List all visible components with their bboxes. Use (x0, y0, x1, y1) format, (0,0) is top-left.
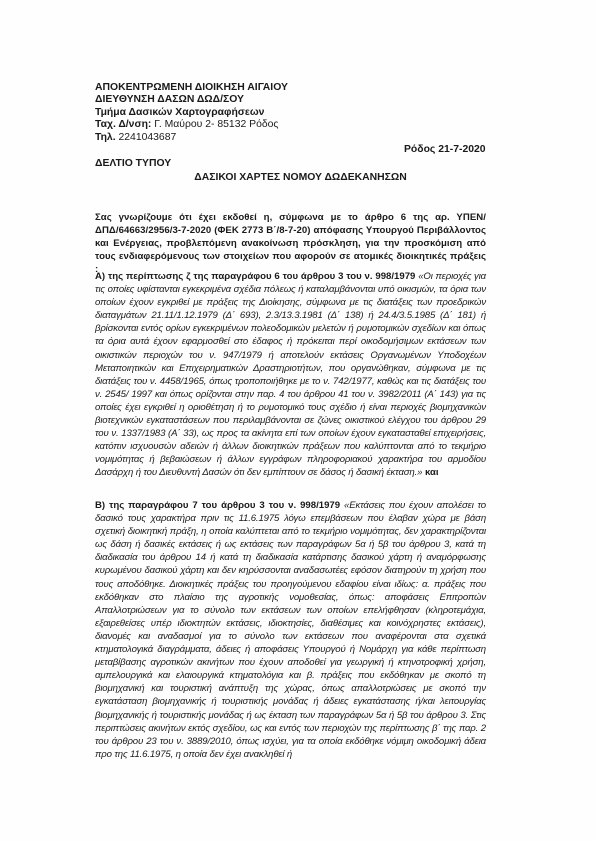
phone-value: 2241043687 (116, 132, 177, 143)
press-release-label: ΔΕΛΤΙΟ ΤΥΠΟΥ (95, 158, 171, 169)
letterhead: ΑΠΟΚΕΝΤΡΩΜΕΝΗ ΔΙΟΙΚΗΣΗ ΑΙΓΑΙΟΥ ΔΙΕΥΘΥΝΣΗ… (95, 82, 288, 144)
directorate-name: ΔΙΕΥΘΥΝΣΗ ΔΑΣΩΝ ΔΩΔ/ΣΟΥ (95, 94, 288, 106)
place-date: Ρόδος 21-7-2020 (404, 144, 486, 155)
paragraph-a-lead: Α) της περίπτωσης ζ της παραγράφου 6 του… (95, 271, 418, 282)
paragraph-b-quote: «Εκτάσεις που έχουν απολέσει το δασικό τ… (95, 500, 486, 760)
paragraph-b-lead: Β) της παραγράφου 7 του άρθρου 3 του ν. … (95, 500, 344, 511)
phone-line: Τηλ. 2241043687 (95, 132, 288, 144)
document-title: ΔΑΣΙΚΟΙ ΧΑΡΤΕΣ ΝΟΜΟΥ ΔΩΔΕΚΑΝΗΣΩΝ (0, 172, 595, 183)
paragraph-b: Β) της παραγράφου 7 του άρθρου 3 του ν. … (95, 499, 486, 761)
address-line: Ταχ. Δ/νση: Γ. Μαύρου 2- 85132 Ρόδος (95, 119, 288, 131)
phone-label: Τηλ. (95, 132, 116, 143)
paragraph-a-quote: «Οι περιοχές για τις οποίες υφίστανται ε… (95, 271, 486, 478)
paragraph-a: Α) της περίπτωσης ζ της παραγράφου 6 του… (95, 270, 486, 480)
document-page: ΑΠΟΚΕΝΤΡΩΜΕΝΗ ΔΙΟΙΚΗΣΗ ΑΙΓΑΙΟΥ ΔΙΕΥΘΥΝΣΗ… (0, 0, 595, 842)
address-label: Ταχ. Δ/νση: (95, 119, 151, 130)
department-name: Τμήμα Δασικών Χαρτογραφήσεων (95, 107, 288, 119)
paragraph-a-tail: και (422, 467, 438, 478)
authority-name: ΑΠΟΚΕΝΤΡΩΜΕΝΗ ΔΙΟΙΚΗΣΗ ΑΙΓΑΙΟΥ (95, 82, 288, 94)
address-value: Γ. Μαύρου 2- 85132 Ρόδος (151, 119, 278, 130)
intro-paragraph: Σας γνωρίζουμε ότι έχει εκδοθεί η, σύμφω… (95, 211, 486, 276)
